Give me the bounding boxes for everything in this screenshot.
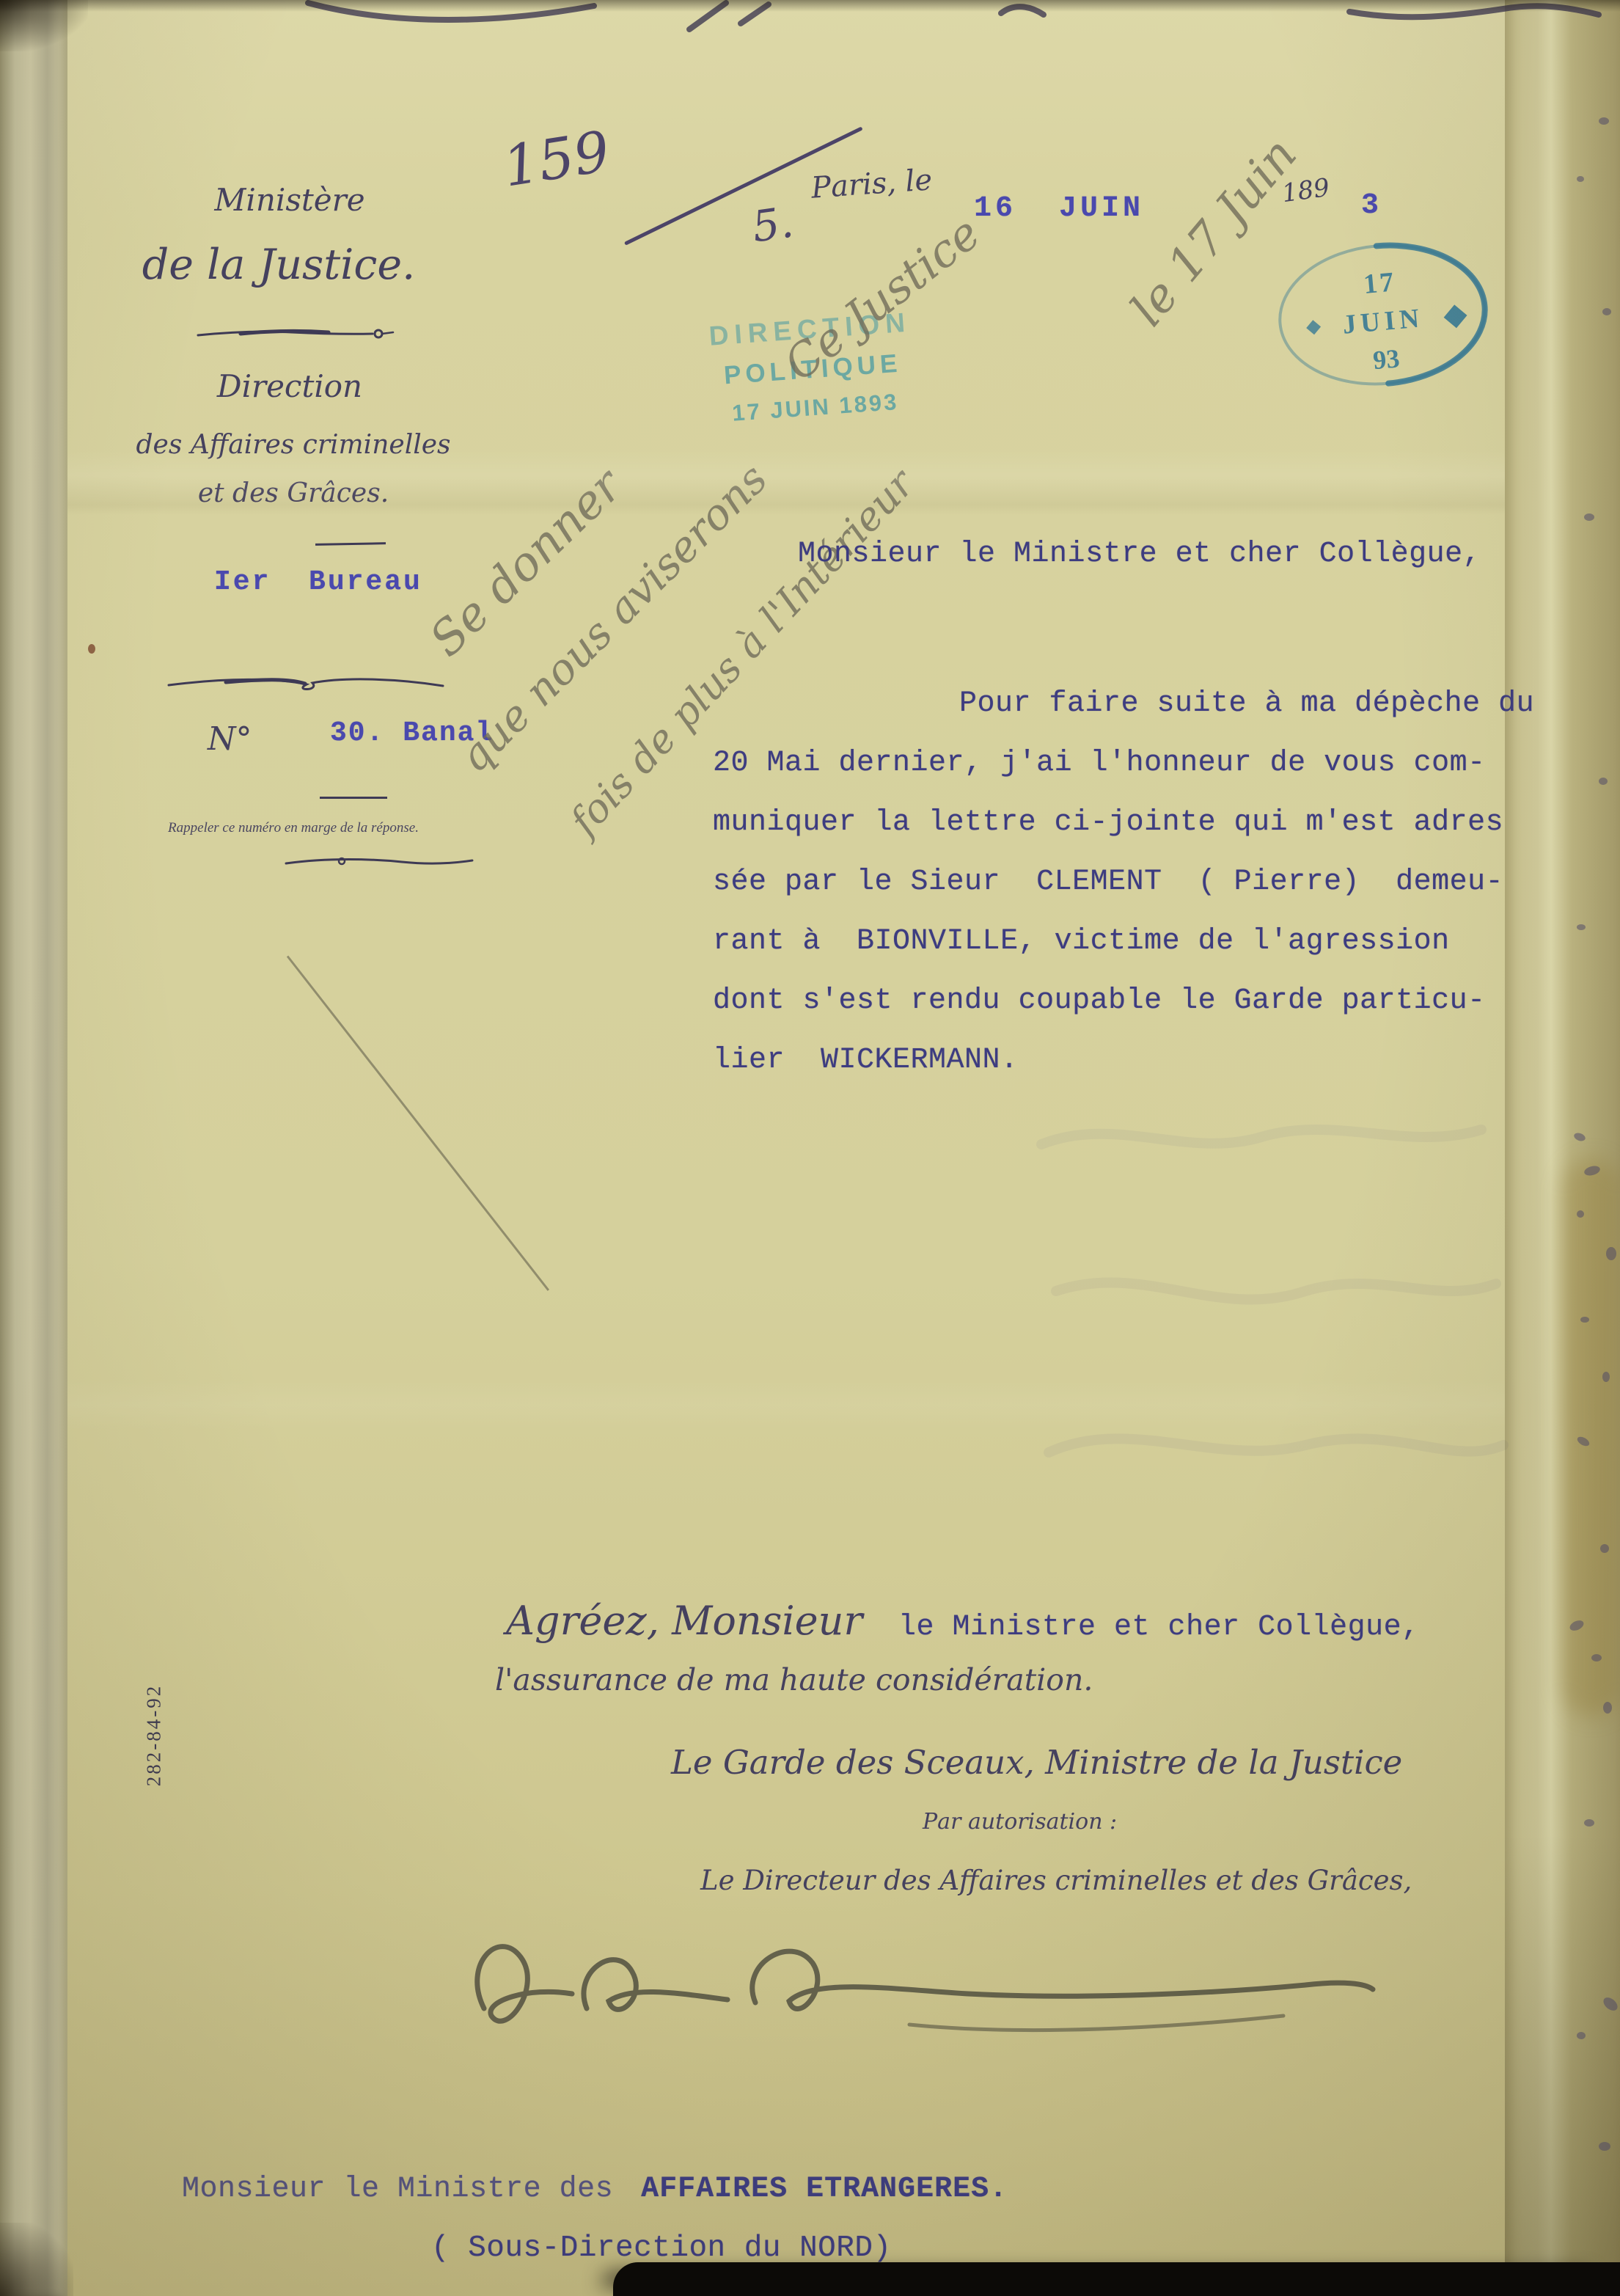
letterhead-direction-line1: Direction: [213, 368, 367, 404]
numero-label: N°: [208, 720, 252, 758]
body-line-7: lier WICKERMANN.: [713, 1044, 1019, 1077]
body-line-1: Pour faire suite à ma dépèche du: [959, 687, 1534, 720]
bureau-stamp: Ier Bureau: [214, 566, 422, 598]
body-line-5: rant à BIONVILLE, victime de l'agression: [713, 925, 1450, 958]
ink-fleck: [1599, 2142, 1610, 2151]
dateline-daymonth-stamp: 16 JUIN: [974, 192, 1144, 225]
oval-stamp-day: 17: [1363, 266, 1397, 300]
scanned-letter-page: Ministère de la Justice. Direction des A…: [0, 0, 1620, 2296]
letterhead-direction-line2: des Affaires criminelles: [117, 430, 469, 460]
arrival-oval-stamp: 17 JUIN 93: [1264, 227, 1500, 403]
ink-fleck: [1577, 2032, 1586, 2039]
letterhead-short-rule-2: [320, 797, 387, 799]
right-edge-gold-blotch: [1562, 1159, 1620, 1716]
paper-speck: [88, 644, 95, 654]
direction-politique-line3: 17 JUIN 1893: [697, 387, 934, 429]
director-signature: [440, 1898, 1408, 2067]
oval-stamp-month: JUIN: [1341, 303, 1424, 340]
ink-fleck: [1577, 1210, 1584, 1218]
register-number-sub: 5.: [749, 197, 796, 252]
closing-collegue-typed: le Ministre et cher Collègue,: [898, 1611, 1420, 1644]
bottom-scan-band: [613, 2262, 1620, 2296]
register-number-main: 159: [499, 118, 614, 200]
body-line-6: dont s'est rendu coupable le Garde parti…: [713, 984, 1486, 1017]
ink-fleck: [1584, 1819, 1594, 1827]
ink-fleck: [1580, 1317, 1589, 1323]
letterhead-ministry-line2: de la Justice.: [125, 241, 433, 289]
top-edge-shade: [0, 0, 1620, 12]
letterhead-ministry-line1: Ministère: [205, 182, 374, 218]
letterhead-flourish-divider-2: [167, 673, 446, 695]
bottom-left-corner-shadow: [0, 2223, 73, 2296]
ink-fleck: [1600, 1544, 1609, 1553]
reminder-note: Rappeler ce numéro en marge de la répons…: [125, 820, 462, 836]
margin-archive-code: 282-84-92: [143, 1662, 166, 1809]
ink-fleck: [1599, 778, 1608, 785]
letterhead-flourish-divider-3: [285, 854, 475, 870]
oval-stamp-right-diamond: [1443, 304, 1468, 329]
stray-pencil-line: [287, 956, 549, 1291]
body-line-3: muniquer la lettre ci-jointe qui m'est a…: [713, 806, 1503, 839]
closing-agreez-script: Agréez, Monsieur: [506, 1598, 862, 1644]
dateline-year-digit-stamp: 3: [1361, 189, 1379, 222]
footer-addressee-emph: AFFAIRES ETRANGERES.: [641, 2173, 1008, 2206]
ink-fleck: [1577, 924, 1586, 930]
oval-stamp-year: 93: [1372, 343, 1401, 375]
ink-fleck: [1603, 1702, 1612, 1714]
closing-par-autorisation: Par autorisation :: [923, 1809, 1117, 1835]
ink-fleck: [1602, 1372, 1610, 1382]
dateline-place: Paris, le: [810, 163, 934, 205]
ink-fleck: [1591, 1654, 1602, 1661]
letterhead-short-rule-1: [315, 542, 386, 546]
letterhead-direction-line3: et des Grâces.: [183, 478, 403, 508]
body-line-4: sée par le Sieur CLEMENT ( Pierre) demeu…: [713, 866, 1503, 899]
left-page-edge: [0, 0, 67, 2296]
footer-addressee-prefix: Monsieur le Ministre des: [182, 2173, 613, 2206]
ink-fleck: [1606, 1247, 1616, 1260]
closing-directeur-title: Le Directeur des Affaires criminelles et…: [700, 1865, 1412, 1896]
footer-addressee-line: Monsieur le Ministre des AFFAIRES ETRANG…: [182, 2173, 1008, 2206]
closing-assurance-script: l'assurance de ma haute considération.: [495, 1662, 1093, 1697]
ink-fleck: [1584, 513, 1594, 521]
letterhead-flourish-divider: [197, 324, 396, 343]
oval-stamp-left-diamond: [1305, 319, 1322, 335]
footer-sub-direction: ( Sous-Direction du NORD): [431, 2231, 892, 2265]
ink-fleck: [1602, 308, 1611, 315]
right-edge-lower-shadow: [1505, 1834, 1620, 2296]
verso-bleedthrough: [1027, 1100, 1525, 1628]
ink-fleck: [1577, 176, 1584, 182]
closing-garde-des-sceaux: Le Garde des Sceaux, Ministre de la Just…: [671, 1743, 1402, 1782]
body-salutation: Monsieur le Ministre et cher Collègue,: [798, 538, 1481, 571]
body-line-2: 20 Mai dernier, j'ai l'honneur de vous c…: [713, 747, 1486, 780]
ink-fleck: [1599, 117, 1609, 125]
